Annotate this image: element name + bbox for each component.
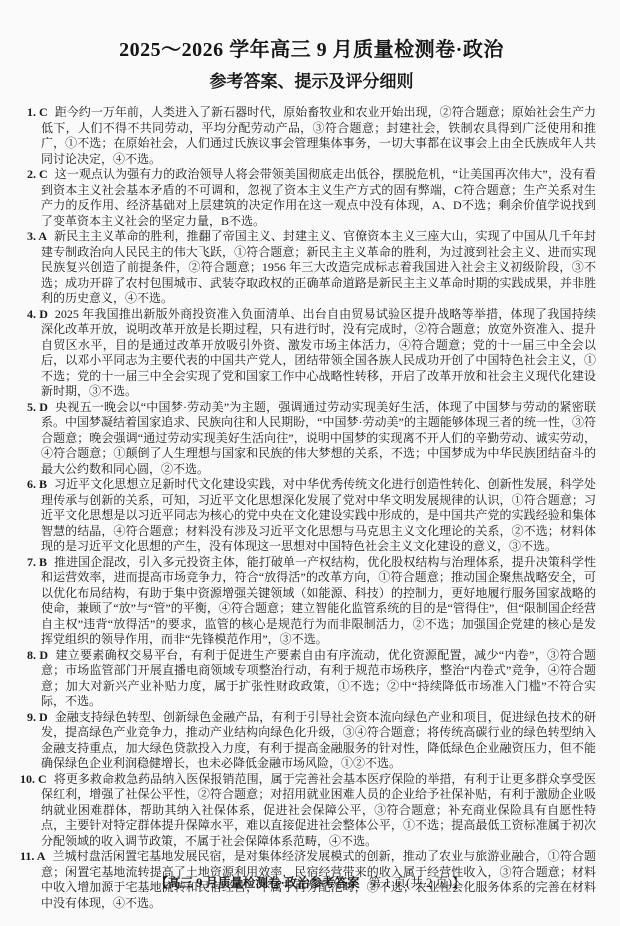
answer-text-10: 将更多救命救急药品纳入医保报销范围，属于完善社会基本医疗保险的举措，有利于让更多… — [41, 772, 596, 848]
answer-item-5: 5. D央视五一晚会以“中国梦·劳动美”为主题，强调通过劳动实现美好生活，体现了… — [27, 400, 596, 478]
answer-text-2: 这一观点认为强有力的政治领导人将会带领美国彻底走出低谷，摆脱危机，“让美国再次伟… — [41, 167, 596, 228]
answer-item-4: 4. D2025 年我国推出新版外商投资准入负面清单、出台自由贸易试验区提升战略… — [27, 307, 596, 400]
page-subtitle: 参考答案、提示及评分细则 — [27, 67, 596, 92]
answer-label-7: 7. B — [27, 555, 47, 569]
answer-text-8: 建立要素确权交易平台，有利于促进生产要素自由有序流动，优化资源配置，减少“内卷”… — [41, 648, 596, 709]
answer-list: 1. C距今约一万年前，人类进入了新石器时代，原始畜牧业和农业开始出现，②符合题… — [27, 105, 596, 911]
answer-text-4: 2025 年我国推出新版外商投资准入负面清单、出台自由贸易试验区提升战略等举措，… — [41, 307, 596, 399]
footer-title: 【高三 9 月质量检测卷·政治参考答案 — [156, 876, 360, 890]
answer-label-6: 6. B — [27, 477, 47, 491]
answer-text-7: 推进国企混改，引入多元投资主体，能打破单一产权结构，优化股权结构与治理体系，提升… — [41, 555, 596, 647]
document-page: 2025～2026 学年高三 9 月质量检测卷·政治 参考答案、提示及评分细则 … — [0, 0, 620, 926]
answer-label-11: 11. A — [20, 849, 45, 863]
answer-text-6: 习近平文化思想立足新时代文化建设实践，对中华优秀传统文化进行创造性转化、创新性发… — [41, 477, 596, 553]
answer-text-5: 央视五一晚会以“中国梦·劳动美”为主题，强调通过劳动实现美好生活，体现了中国梦与… — [41, 400, 596, 476]
answer-item-8: 8. D建立要素确权交易平台，有利于促进生产要素自由有序流动，优化资源配置，减少… — [27, 648, 596, 710]
answer-label-5: 5. D — [27, 400, 48, 414]
page-title: 2025～2026 学年高三 9 月质量检测卷·政治 — [27, 33, 596, 62]
answer-text-9: 金融支持绿色转型、创新绿色金融产品，有利于引导社会资本流向绿色产业和项目，促进绿… — [41, 710, 596, 771]
answer-label-8: 8. D — [27, 648, 48, 662]
answer-text-3: 新民主主义革命的胜利，推翻了帝国主义、封建主义、官僚资本主义三座大山，实现了中国… — [41, 229, 596, 305]
answer-item-10: 10. C将更多救命救急药品纳入医保报销范围，属于完善社会基本医疗保险的举措，有… — [27, 772, 596, 850]
footer-page-number: 第 1 页(共 2 页)】 — [369, 876, 465, 890]
answer-item-7: 7. B推进国企混改，引入多元投资主体，能打破单一产权结构，优化股权结构与治理体… — [27, 555, 596, 648]
answer-label-4: 4. D — [27, 307, 48, 321]
answer-item-3: 3. A新民主主义革命的胜利，推翻了帝国主义、封建主义、官僚资本主义三座大山，实… — [27, 229, 596, 307]
answer-label-2: 2. C — [27, 167, 48, 181]
answer-label-9: 9. D — [27, 710, 48, 724]
answer-text-1: 距今约一万年前，人类进入了新石器时代，原始畜牧业和农业开始出现，②符合题意；原始… — [41, 105, 596, 166]
answer-item-1: 1. C距今约一万年前，人类进入了新石器时代，原始畜牧业和农业开始出现，②符合题… — [27, 105, 596, 167]
answer-label-10: 10. C — [20, 772, 47, 786]
answer-item-2: 2. C这一观点认为强有力的政治领导人将会带领美国彻底走出低谷，摆脱危机，“让美… — [27, 167, 596, 229]
answer-item-6: 6. B习近平文化思想立足新时代文化建设实践，对中华优秀传统文化进行创造性转化、… — [27, 477, 596, 555]
page-footer: 【高三 9 月质量检测卷·政治参考答案第 1 页(共 2 页)】 — [0, 873, 620, 891]
answer-label-1: 1. C — [27, 105, 48, 119]
answer-label-3: 3. A — [27, 229, 47, 243]
answer-item-9: 9. D金融支持绿色转型、创新绿色金融产品，有利于引导社会资本流向绿色产业和项目… — [27, 710, 596, 772]
